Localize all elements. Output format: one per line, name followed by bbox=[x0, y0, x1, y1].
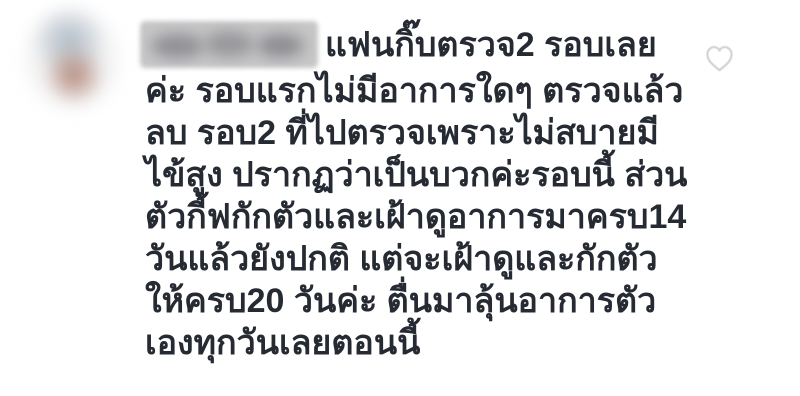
comment-text-line: ให้ครบ20 วันค่ะ ตื่นมาลุ้นอาการตัว bbox=[145, 280, 656, 322]
comment-text-line: ไข้สูง ปรากฏว่าเป็นบวกค่ะรอบนี้ ส่วน bbox=[145, 154, 687, 196]
username-redacted[interactable] bbox=[140, 21, 318, 68]
comment-text-line: ตัวกี้ฟกักตัวและเฝ้าดูอาการมาครบ14 bbox=[145, 196, 686, 238]
comment-text-line: ลบ รอบ2 ที่ไปตรวจเพราะไม่สบายมี bbox=[145, 112, 659, 154]
comment-text-line: วันแล้วยังปกติ แต่จะเฝ้าดูและกักตัว bbox=[145, 238, 658, 280]
comment-text-line: แฟนกิ๊บตรวจ2 รอบเลย bbox=[325, 24, 657, 66]
comment-text-line: เองทุกวันเลยตอนนี้ bbox=[145, 322, 420, 364]
username-blur-smudge bbox=[151, 34, 204, 58]
like-button[interactable] bbox=[700, 40, 738, 76]
comment-text-line: ค่ะ รอบแรกไม่มีอาการใดๆ ตรวจแล้ว bbox=[145, 70, 683, 112]
username-blur-smudge bbox=[204, 31, 254, 57]
avatar[interactable] bbox=[20, 4, 124, 116]
username-blur-smudge bbox=[257, 34, 303, 57]
comment-thread: แฟนกิ๊บตรวจ2 รอบเลย ค่ะ รอบแรกไม่มีอาการ… bbox=[0, 0, 800, 396]
heart-icon bbox=[704, 44, 735, 73]
